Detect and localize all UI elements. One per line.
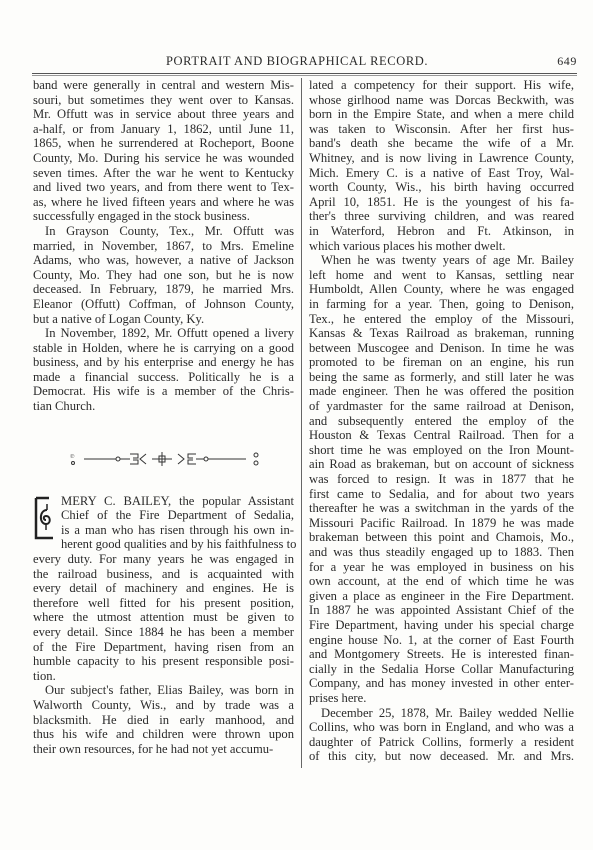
text-line: given a place as engineer in the Fire De… <box>309 589 574 604</box>
text-line: in farming for a year. Then, going to De… <box>309 297 574 312</box>
text-line: brakeman between this point and Chamois,… <box>309 530 574 545</box>
column-separator <box>301 78 302 768</box>
text-line: born in the Empire State, and when a mer… <box>309 107 574 122</box>
text-line: Eleanor (Offutt) Coffman, of Johnson Cou… <box>33 297 294 312</box>
text-line: In Grayson County, Tex., Mr. Offutt was <box>33 224 294 239</box>
text-line: promoted to be fireman on an engine, his… <box>309 355 574 370</box>
pre-bio-spacer <box>33 476 294 494</box>
text-line: own account, at the end of which time he… <box>309 574 574 589</box>
paragraph: December 25, 1878, Mr. Bailey wedded Nel… <box>309 706 574 764</box>
text-line: Fire Department, having under his specia… <box>309 618 574 633</box>
text-line: When he was twenty years of age Mr. Bail… <box>309 253 574 268</box>
text-line: 1865, when he surrendered at Rocheport, … <box>33 136 294 151</box>
text-line: Whitney, and is now living in Lawrence C… <box>309 151 574 166</box>
text-line: first came to Sedalia, and for about two… <box>309 487 574 502</box>
text-line: lated a competency for their support. Hi… <box>309 78 574 93</box>
text-line: worth County, Wis., his birth having occ… <box>309 180 574 195</box>
text-line: December 25, 1878, Mr. Bailey wedded Nel… <box>309 706 574 721</box>
text-line: cially in the Sedalia Horse Collar Manuf… <box>309 662 574 677</box>
text-line: prises here. <box>309 691 574 706</box>
text-line: made a financial success. Politically he… <box>33 370 294 385</box>
text-line: Adams, who was, however, a native of Jac… <box>33 253 294 268</box>
text-line: Chief of the Fire Department of Sedalia, <box>33 508 294 523</box>
text-line: in Waterford, Hebron and Ft. Atkinson, i… <box>309 224 574 239</box>
svg-text:℗: ℗ <box>70 453 75 460</box>
text-line: deceased. In February, 1879, he married … <box>33 282 294 297</box>
text-line: of yardmaster for the same railroad at D… <box>309 399 574 414</box>
text-line: tion. <box>33 669 294 684</box>
text-line: of the Fire Department, having risen fro… <box>33 640 294 655</box>
text-line: April 10, 1851. He is the youngest of hi… <box>309 195 574 210</box>
text-line: blacksmith. He died in early manhood, an… <box>33 713 294 728</box>
text-line: thereafter he was a switchman in the yar… <box>309 501 574 516</box>
text-line: and was thus steadily engaged up to 1883… <box>309 545 574 560</box>
text-line: successfully engaged in the stock busine… <box>33 209 294 224</box>
text-line: as, where he lived fifteen years and whe… <box>33 195 294 210</box>
text-line: Collins, who was born in England, and wh… <box>309 720 574 735</box>
running-header: PORTRAIT AND BIOGRAPHICAL RECORD. 649 <box>32 54 577 70</box>
text-line: Missouri Pacific Railroad. In 1879 he wa… <box>309 516 574 531</box>
text-line: Walworth County, Wis., and by trade was … <box>33 698 294 713</box>
running-title: PORTRAIT AND BIOGRAPHICAL RECORD. <box>166 54 428 69</box>
text-line: Tex., he entered the employ of the Misso… <box>309 312 574 327</box>
text-line: County, Mo. During his service he was wo… <box>33 151 294 166</box>
text-line: between Muscogee and Denison. In time he… <box>309 341 574 356</box>
text-line: Houston & Texas Central Railroad. Then f… <box>309 428 574 443</box>
text-line: Company, and has money invested in other… <box>309 676 574 691</box>
text-line: Kansas & Texas Railroad as brakeman, run… <box>309 326 574 341</box>
text-line: every detail. Since 1884 he has been a m… <box>33 625 294 640</box>
text-line: Mr. Offutt was in service about three ye… <box>33 107 294 122</box>
text-line: In November, 1892, Mr. Offutt opened a l… <box>33 326 294 341</box>
paragraph: band were generally in central and weste… <box>33 78 294 224</box>
text-line: and subsequently entered the employ of t… <box>309 414 574 429</box>
text-line: but a native of Logan County, Ky. <box>33 312 294 327</box>
biography-opening: MERY C. BAILEY, the popular AssistantChi… <box>33 494 294 684</box>
text-line: herent good qualities and by his faithfu… <box>33 537 294 552</box>
text-line: MERY C. BAILEY, the popular Assistant <box>33 494 294 509</box>
text-line: daughter of Patrick Collins, formerly a … <box>309 735 574 750</box>
left-column: band were generally in central and weste… <box>33 78 294 756</box>
page-number: 649 <box>557 54 577 69</box>
text-line: whose girlhood name was Dorcas Beckwith,… <box>309 93 574 108</box>
text-line: band were generally in central and weste… <box>33 78 294 93</box>
text-line: a-half, or from January 1, 1862, until J… <box>33 122 294 137</box>
text-line: souri, but sometimes they went over to K… <box>33 93 294 108</box>
text-line: married, in November, 1867, to Mrs. Emel… <box>33 239 294 254</box>
text-line: where the utmost attention must be given… <box>33 610 294 625</box>
paragraph: In November, 1892, Mr. Offutt opened a l… <box>33 326 294 414</box>
text-line: is a man who has risen through his own i… <box>33 523 294 538</box>
text-line: and lived two years, and from there went… <box>33 180 294 195</box>
text-line: Mich. Emery C. is a native of East Troy,… <box>309 166 574 181</box>
decorative-divider-icon: ℗ <box>70 451 262 467</box>
text-line: Humboldt, Allen County, where he was eng… <box>309 282 574 297</box>
biography-text: MERY C. BAILEY, the popular AssistantChi… <box>33 494 294 684</box>
text-line: which various places his mother dwelt. <box>309 239 574 254</box>
text-line: the railroad business, and is acquainted… <box>33 567 294 582</box>
right-column: lated a competency for their support. Hi… <box>309 78 574 764</box>
text-line: being the same as formerly, and still la… <box>309 370 574 385</box>
text-line: band's death she became the wife of a Mr… <box>309 136 574 151</box>
text-line: ther's three surviving children, and was… <box>309 209 574 224</box>
paragraph: lated a competency for their support. Hi… <box>309 78 574 253</box>
text-line: short time he was employed on the Iron M… <box>309 443 574 458</box>
paragraph: Our subject's father, Elias Bailey, was … <box>33 683 294 756</box>
text-line: every duty. For many years he was engage… <box>33 552 294 567</box>
text-line: thus his wife and children were thrown u… <box>33 727 294 742</box>
text-line: and Montgomery Streets. He is interested… <box>309 647 574 662</box>
drop-cap-e-icon <box>33 496 55 540</box>
header-rule <box>32 73 577 76</box>
text-line: humble capacity to his present responsib… <box>33 654 294 669</box>
text-line: was taken to Wisconsin. After her first … <box>309 122 574 137</box>
text-line: ain Road as brakeman, but on account of … <box>309 457 574 472</box>
paragraph: In Grayson County, Tex., Mr. Offutt wasm… <box>33 224 294 326</box>
text-line: In 1887 he was appointed Assistant Chief… <box>309 603 574 618</box>
text-line: Democrat. His wife is a member of the Ch… <box>33 384 294 399</box>
text-line: made engineer. Then he was offered the p… <box>309 384 574 399</box>
text-line: of this city, but now deceased. Mr. and … <box>309 749 574 764</box>
text-line: tian Church. <box>33 399 294 414</box>
text-line: for a year he was employed in business o… <box>309 560 574 575</box>
text-line: every detail of machinery and engines. H… <box>33 581 294 596</box>
text-line: engine house No. 1, at the corner of Eas… <box>309 633 574 648</box>
text-line: therefore well fitted for his present po… <box>33 596 294 611</box>
text-line: stable in Holden, where he is carrying o… <box>33 341 294 356</box>
text-line: business, and by his enterprise and ener… <box>33 355 294 370</box>
text-line: left home and went to Kansas, settling n… <box>309 268 574 283</box>
paragraph: When he was twenty years of age Mr. Bail… <box>309 253 574 705</box>
text-line: County, Mo. They had one son, but he is … <box>33 268 294 283</box>
text-line: Our subject's father, Elias Bailey, was … <box>33 683 294 698</box>
text-line: was forced to resign. It was in 1877 tha… <box>309 472 574 487</box>
text-line: their own resources, for he had not yet … <box>33 742 294 757</box>
text-line: seven times. After the war he went to Ke… <box>33 166 294 181</box>
